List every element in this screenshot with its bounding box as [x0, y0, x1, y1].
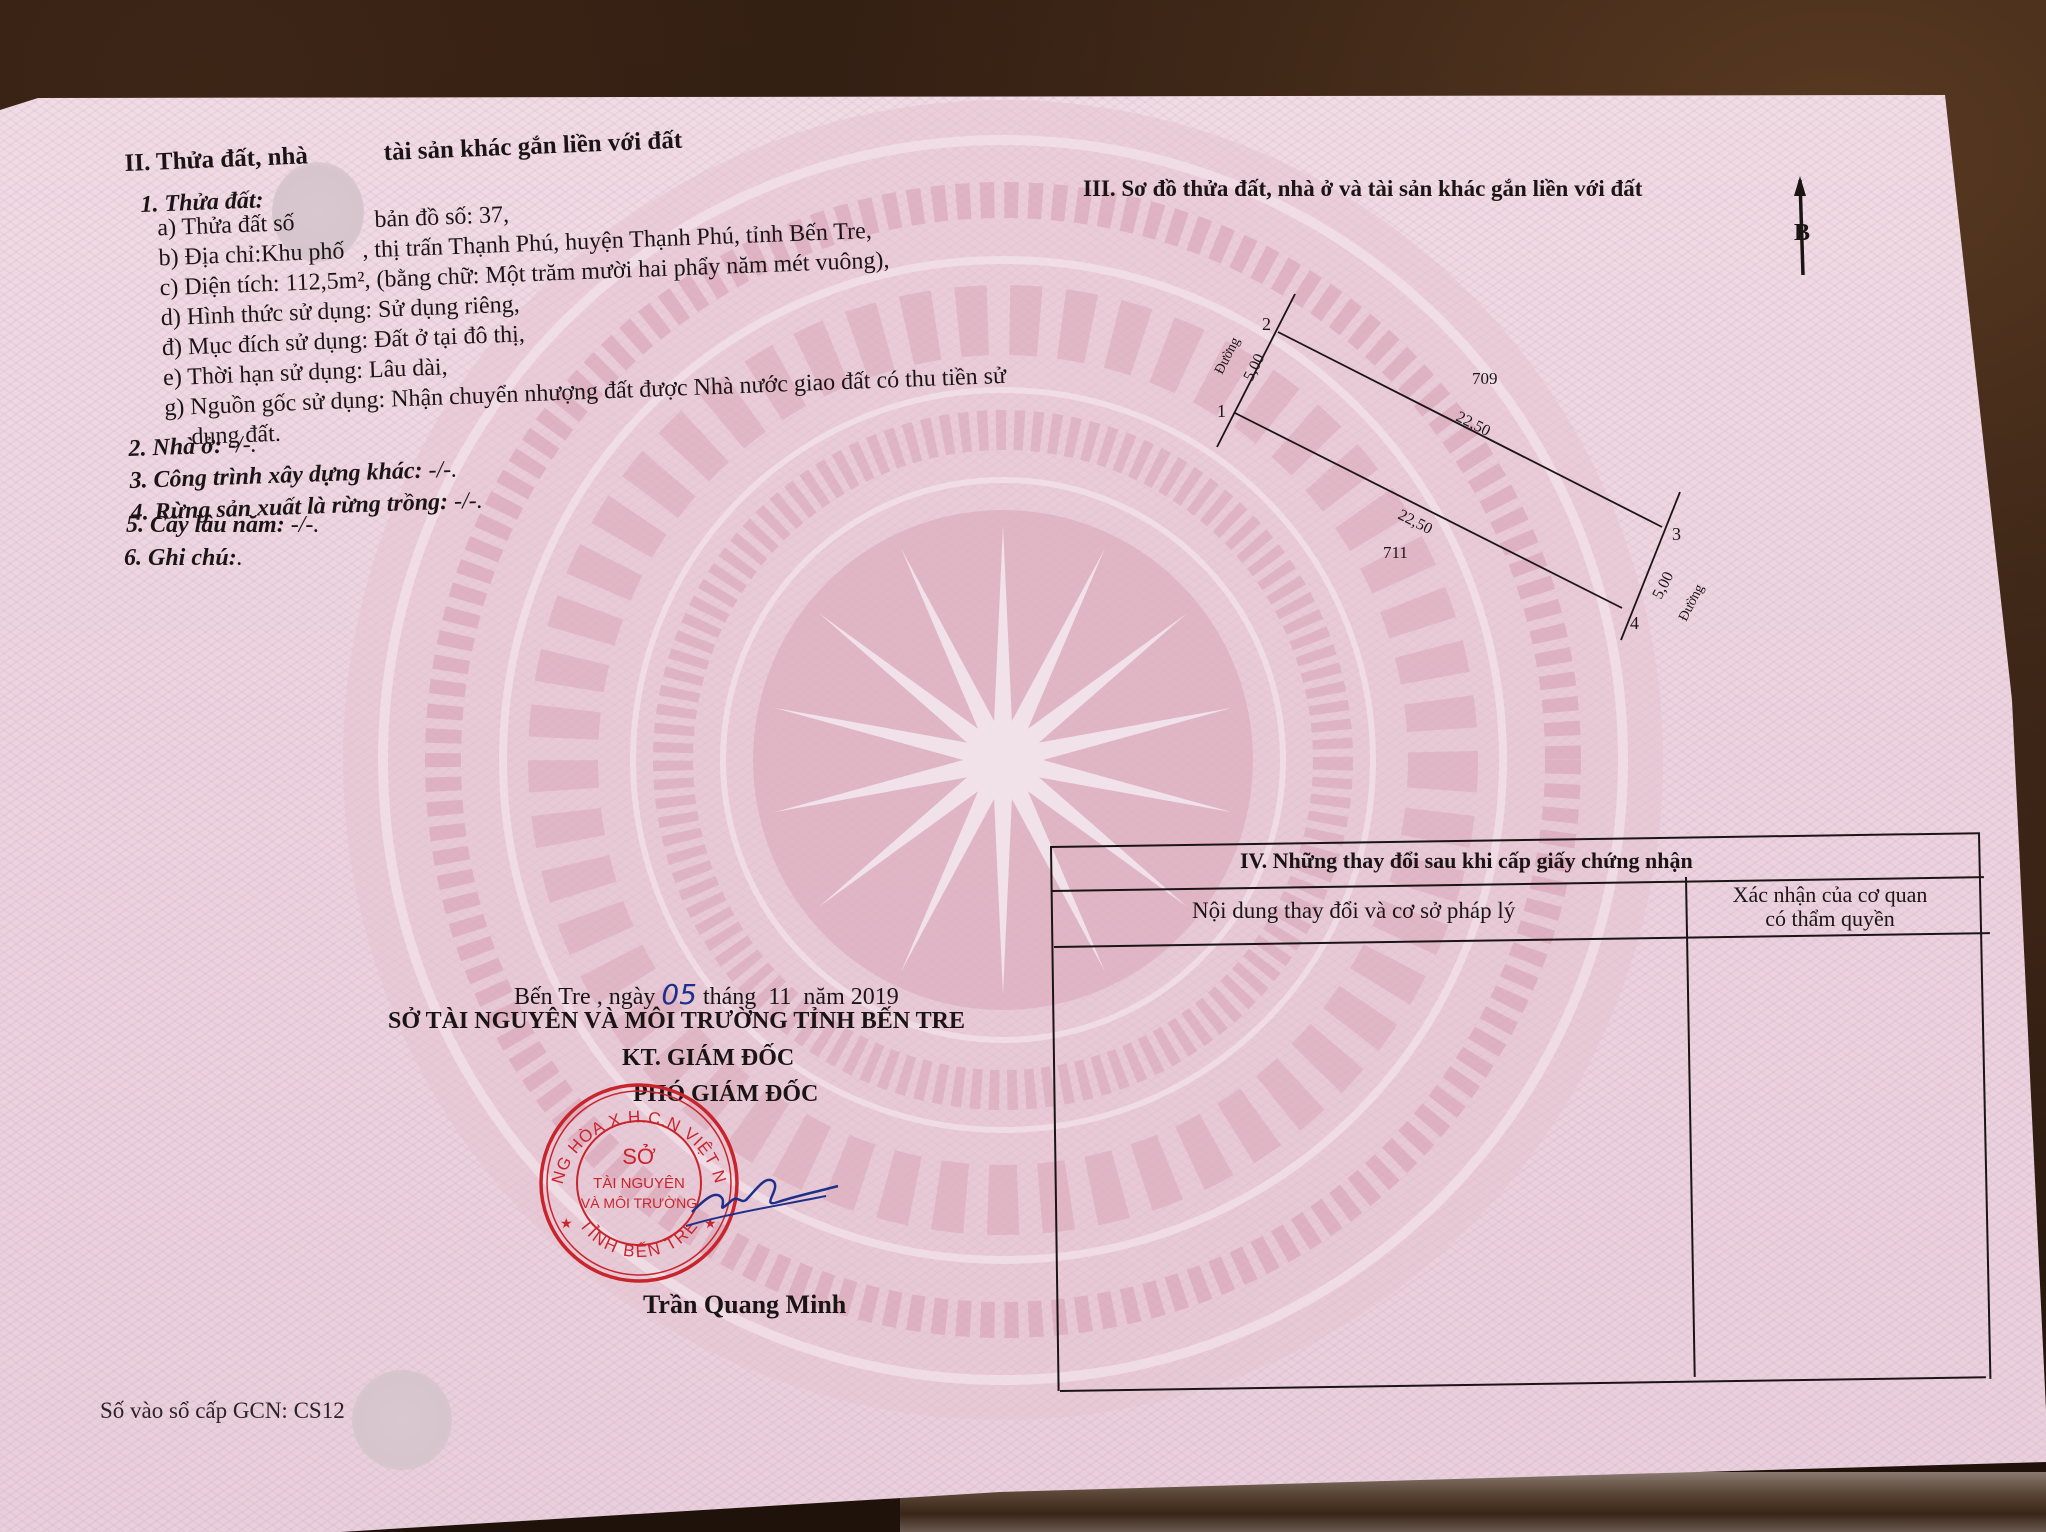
issuing-agency: SỞ TÀI NGUYÊN VÀ MÔI TRƯỜNG TỈNH BẾN TRE [388, 1008, 965, 1035]
parcel-diagram: B 1 2 3 4 5,00 Đường 22,50 22,50 709 711… [0, 0, 2046, 1532]
land-certificate-page: II. Thửa đất, nhàtài sản khác gắn liền v… [0, 0, 2046, 1532]
issue-date: Bến Tre , ngày 05 tháng 11 năm 2019 [514, 978, 899, 1011]
north-arrow-icon: B [1794, 176, 1810, 275]
column-header-content: Nội dung thay đổi và cơ sở pháp lý [1192, 898, 1515, 924]
date-place: Bến Tre , ngày [514, 984, 655, 1010]
date-month-label: tháng [703, 984, 756, 1010]
column-header-confirmation: Xác nhận của cơ quan [1710, 882, 1950, 908]
svg-text:1: 1 [1217, 401, 1226, 421]
svg-text:709: 709 [1472, 369, 1498, 388]
svg-text:TỈNH BẾN TRE: TỈNH BẾN TRE [576, 1216, 703, 1262]
svg-text:Đường: Đường [1212, 335, 1243, 377]
column-header-confirmation-2: có thẩm quyền [1710, 906, 1950, 932]
signature-scribble [686, 1168, 846, 1238]
svg-text:SỞ: SỞ [622, 1144, 656, 1169]
svg-text:711: 711 [1383, 543, 1408, 562]
on-behalf-title: KT. GIÁM ĐỐC [622, 1045, 794, 1072]
date-year: 2019 [851, 984, 899, 1010]
svg-text:Đường: Đường [1676, 582, 1707, 624]
svg-text:★: ★ [560, 1217, 573, 1232]
svg-text:2: 2 [1262, 314, 1271, 334]
date-day: 05 [661, 978, 697, 1011]
signer-name: Trần Quang Minh [643, 1290, 846, 1320]
svg-text:TÀI NGUYÊN: TÀI NGUYÊN [593, 1175, 685, 1192]
svg-text:22,50: 22,50 [1453, 408, 1493, 439]
svg-text:5,00: 5,00 [1649, 569, 1677, 602]
section-iv-title: IV. Những thay đổi sau khi cấp giấy chứn… [1240, 848, 1693, 874]
certificate-registry-number: Số vào sổ cấp GCN: CS12 [100, 1398, 345, 1424]
svg-text:B: B [1794, 220, 1810, 246]
redaction-blur-2 [352, 1370, 452, 1470]
svg-text:VÀ MÔI TRƯỜNG: VÀ MÔI TRƯỜNG [581, 1195, 697, 1211]
date-month: 11 [768, 984, 791, 1010]
svg-text:3: 3 [1672, 524, 1681, 544]
svg-text:4: 4 [1630, 613, 1639, 633]
date-year-label: năm [803, 984, 844, 1010]
